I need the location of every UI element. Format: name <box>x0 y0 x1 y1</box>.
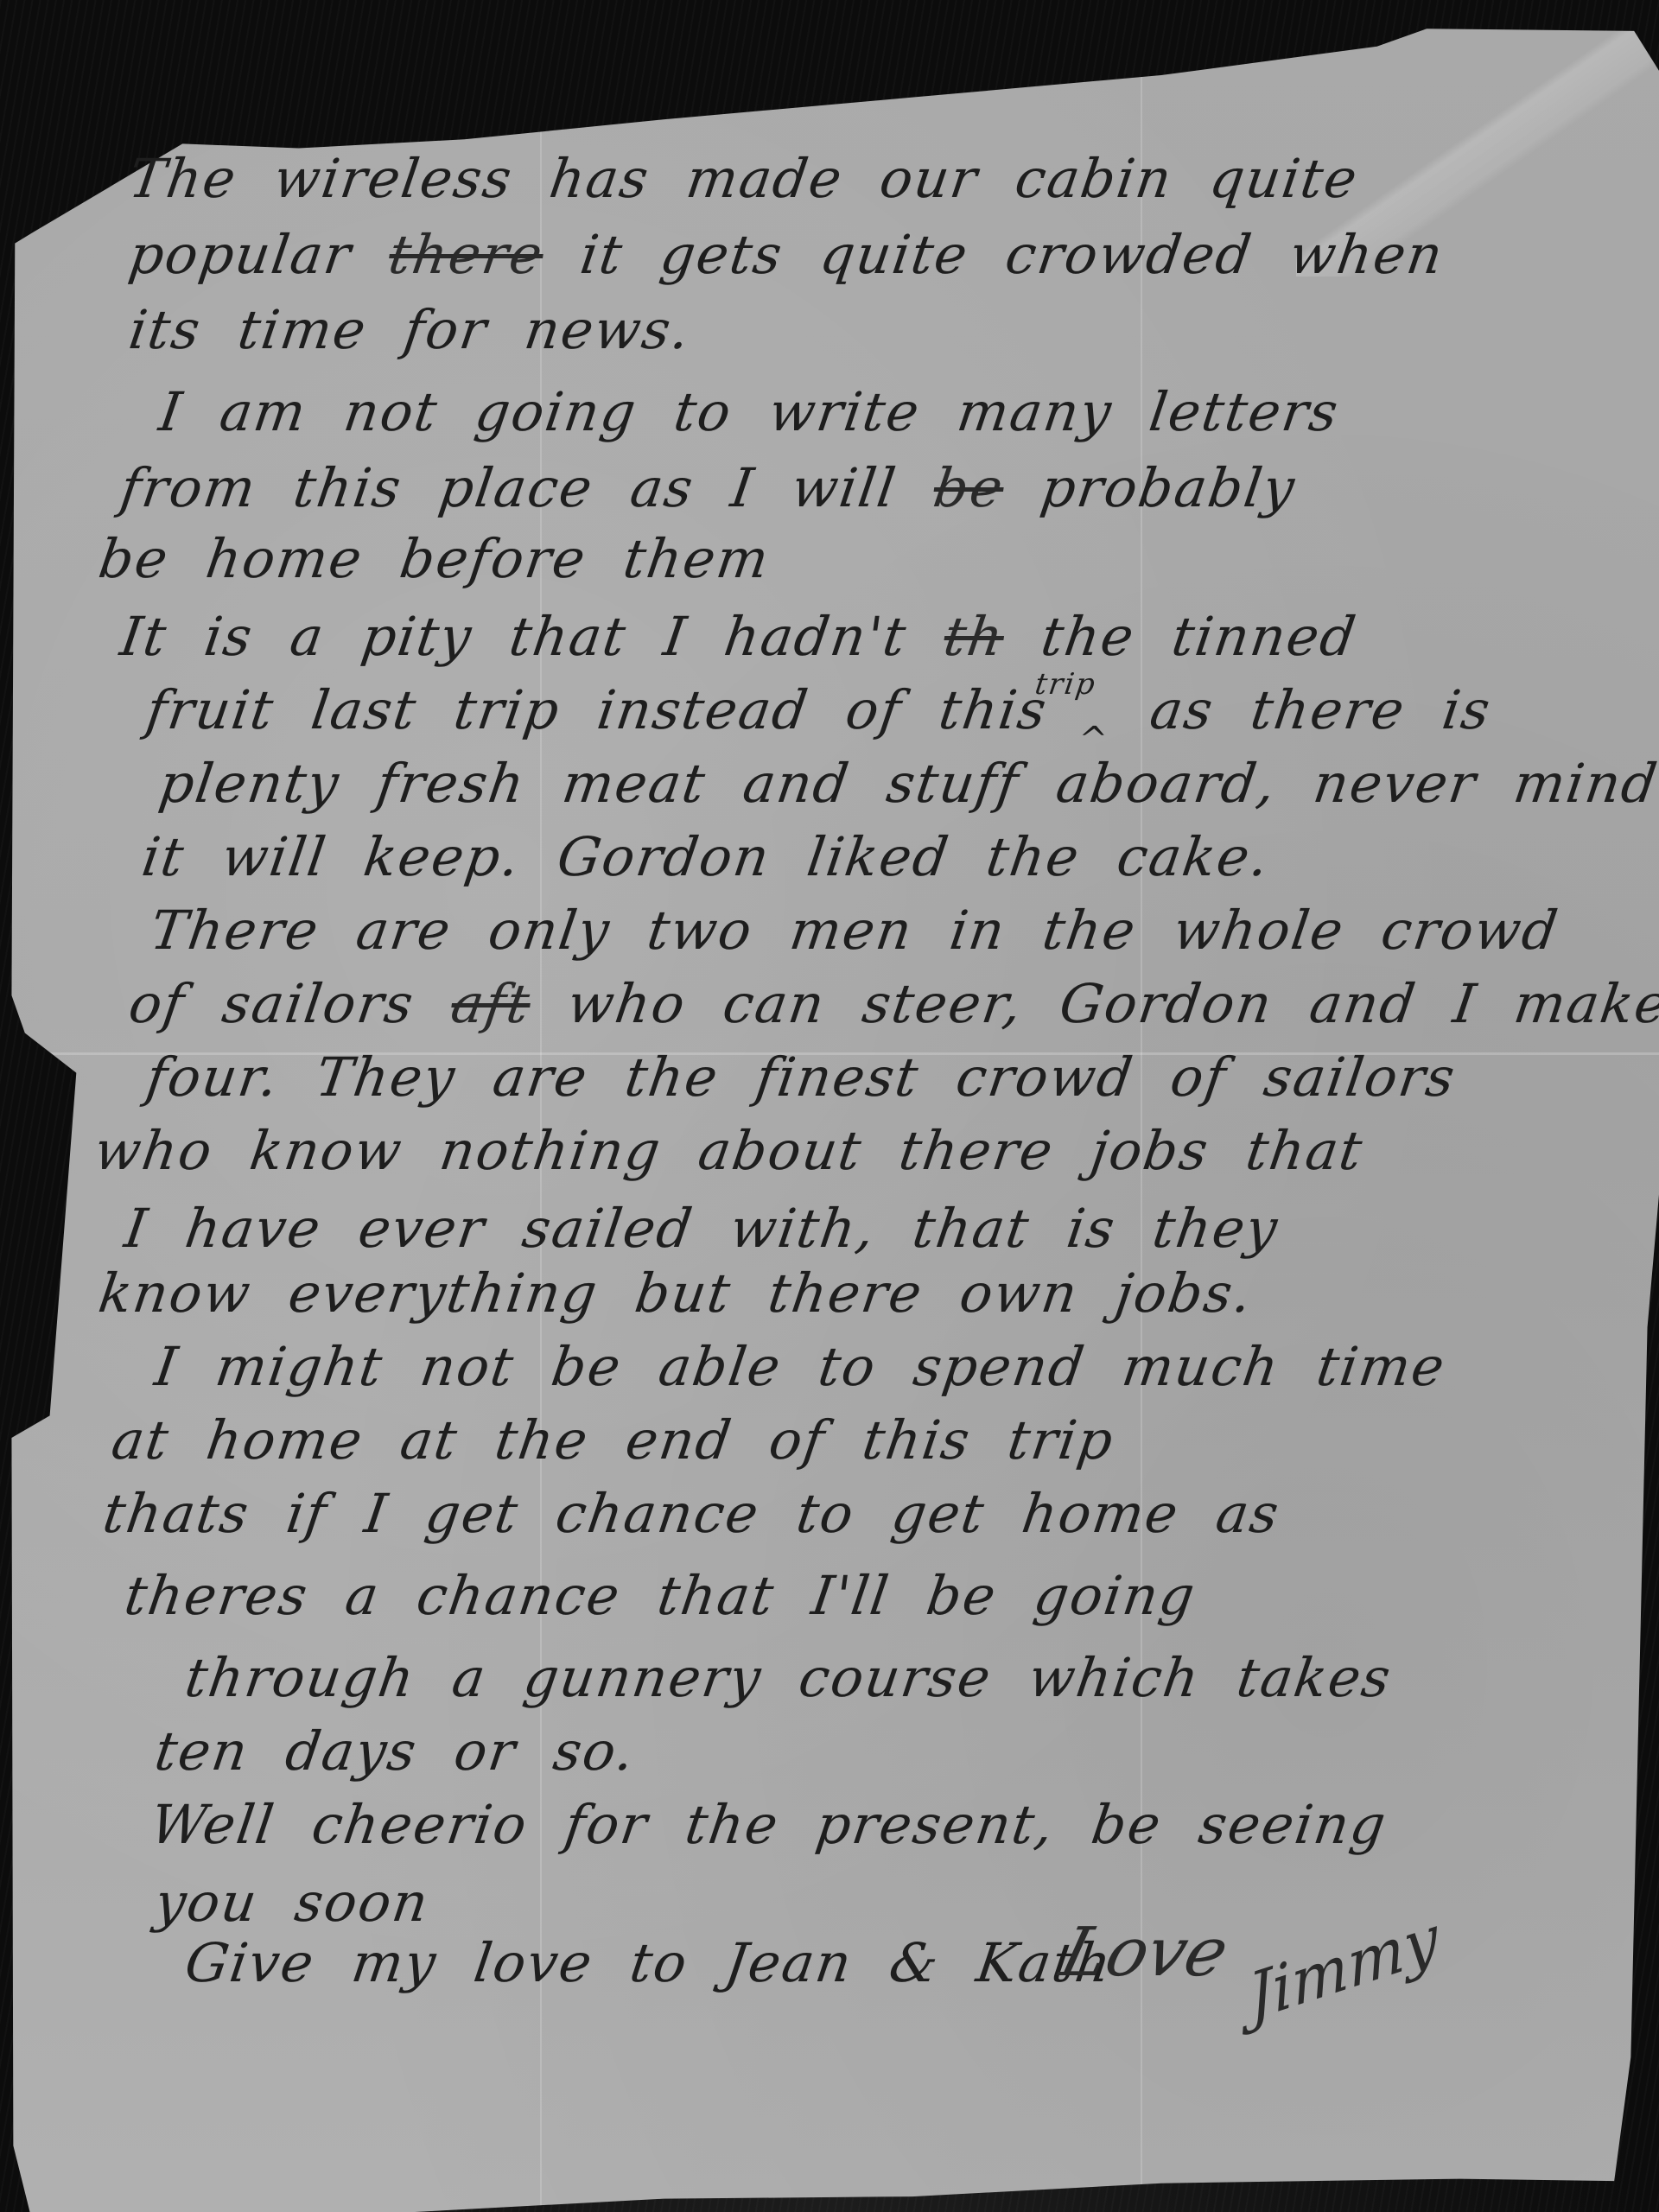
letter-line-19: thats if I get chance to get home as <box>99 1482 1284 1545</box>
letter-line-1: The wireless has made our cabin quite <box>125 147 1363 210</box>
letter-line-21: through a gunnery course which takes <box>181 1646 1396 1709</box>
letter-signature: Jimmy <box>1245 1900 1441 2035</box>
letter-line-9: plenty fresh meat and stuff aboard, neve… <box>156 752 1659 815</box>
letter-line-13: four. They are the finest crowd of sailo… <box>143 1046 1460 1109</box>
struck-word: aft <box>448 972 535 1035</box>
letter-line-18: at home at the end of this trip <box>108 1408 1118 1471</box>
letter-line-16: know everything but there own jobs. <box>95 1262 1257 1325</box>
letter-line-15: I have ever sailed with, that is they <box>121 1197 1283 1260</box>
letter-line-7: It is a pity that I hadn't th the tinned <box>117 605 1361 668</box>
letter-line-14: who know nothing about there jobs that <box>91 1119 1368 1182</box>
letter-closing: Love <box>1053 1914 1236 1992</box>
letter-line-6: be home before them <box>95 527 774 590</box>
struck-word: be <box>930 456 1008 519</box>
letter-body: The wireless has made our cabin quite po… <box>0 0 1659 2212</box>
letter-line-23: Well cheerio for the present, be seeing <box>147 1793 1391 1856</box>
letter-line-8: fruit last trip instead of thistrip^ as … <box>143 678 1496 741</box>
letter-line-17: I might not be able to spend much time <box>151 1335 1450 1398</box>
letter-line-11: There are only two men in the whole crow… <box>147 899 1563 962</box>
struck-word: th <box>940 605 1008 668</box>
letter-line-2: popular there it gets quite crowded when <box>125 223 1448 286</box>
letter-line-3: its time for news. <box>125 298 695 361</box>
letter-line-24: you soon <box>151 1871 434 1934</box>
letter-line-10: it will keep. Gordon liked the cake. <box>138 825 1274 888</box>
letter-line-25: Give my love to Jean & Kath <box>181 1931 1116 1994</box>
letter-line-12: of sailors aft who can steer, Gordon and… <box>125 972 1659 1035</box>
inserted-word-above-line: trip <box>1033 667 1098 702</box>
struck-word: there <box>385 223 548 286</box>
letter-line-4: I am not going to write many letters <box>156 380 1344 443</box>
letter-line-22: ten days or so. <box>151 1719 639 1783</box>
letter-line-20: theres a chance that I'll be going <box>121 1564 1200 1627</box>
letter-line-5: from this place as I will be probably <box>117 456 1300 519</box>
